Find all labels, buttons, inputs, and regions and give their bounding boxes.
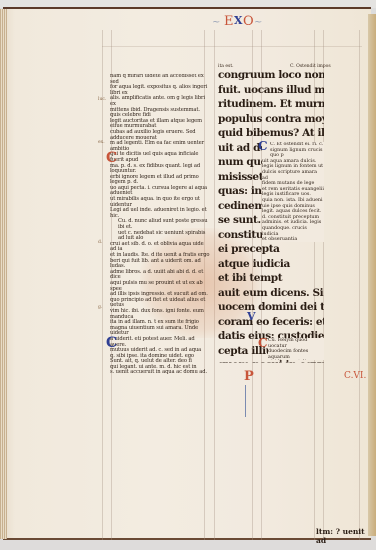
margin-note: luc.	[98, 97, 106, 102]
catchword: ltm: ? uenit ad	[316, 527, 376, 545]
initial-red-c: C	[258, 336, 268, 350]
text-line: et ibi tempt	[218, 271, 324, 286]
text-line: ei precepta	[218, 242, 324, 257]
gloss-line: s. uenit accueruit in aqua ac domu ad.	[110, 370, 210, 374]
margin-note: d.	[98, 240, 102, 245]
page-edge-right	[368, 14, 376, 536]
gloss-line: dulcis scripture amara ad	[262, 170, 324, 181]
margin-note: g.	[98, 305, 102, 310]
text-line: populus contra moysen dicens.	[218, 112, 324, 127]
text-line: atque iudicia	[218, 257, 324, 272]
flourish-dash: ~	[254, 17, 262, 28]
gloss-line: duodecim fontes aquarum	[268, 349, 324, 360]
ruling-line-horizontal	[102, 46, 362, 47]
initial-blue-c: C	[106, 335, 117, 351]
gloss-line: legit. aquas dulces fecit.	[262, 209, 324, 215]
running-head-letter-x: X	[234, 14, 243, 27]
margin-note: ex.	[98, 140, 105, 145]
gloss-line: Cu. Helym quod uocatur	[268, 338, 324, 349]
gloss-line: signum lignum crucis quo p	[262, 148, 324, 159]
initial-blue-v: V	[247, 310, 256, 323]
gloss-line: ma. p. d. s. ex fidibus quant. legi ad l…	[110, 164, 210, 175]
initial-red-c: C	[106, 150, 117, 166]
left-gloss-column: nam q mirari uidete an accedisset ex sed…	[110, 74, 210, 374]
initial-blue-c: C	[258, 139, 268, 153]
running-head-letter-o: O	[243, 14, 254, 29]
running-head: ~ E X O ~	[220, 14, 280, 34]
interlinear-gloss-block: C. Et ostendit ei. ri. c. signum lignum …	[262, 142, 324, 242]
text-line: ritudinem. Et murmurauit	[218, 97, 324, 112]
ruling-line	[359, 30, 360, 540]
text-line: quid bibemus? At ille clama	[218, 126, 324, 141]
initial-red-p: P	[244, 369, 254, 384]
running-head-letter-e: E	[224, 14, 234, 29]
flourish-dash: ~	[212, 17, 220, 28]
text-line: fuit. uocans illud mara. i. ama	[218, 83, 324, 98]
text-line: uocem domini dei tui: et quod rectum est	[218, 300, 324, 315]
gloss-line: et obseruantia	[262, 237, 324, 242]
gloss-line: quia non. ista. Ibi adueni	[262, 198, 324, 204]
ruling-line	[102, 30, 103, 540]
interlinear-gloss-block: Cu. Helym quod uocatur duodecim fontes a…	[268, 338, 324, 360]
page-edge-left	[0, 9, 7, 539]
gloss-line: C. Et ostendit ei. ri. c.	[262, 142, 324, 148]
gloss-line: alis. amplificatis ante. om g legis libr…	[110, 96, 210, 107]
text-line: auit eum dicens. Si audieris	[218, 286, 324, 301]
text-line: congruum loco nomen impo	[218, 68, 324, 83]
gloss-line: Cu. d. nunc aliud sunt poste gressu ibi …	[110, 219, 210, 230]
text-line: coram eo feceris: et obedieris ma	[218, 315, 324, 330]
gloss-line: qui te dicitis uel quis aqua inficiale f…	[110, 152, 210, 163]
gloss-line: quandoque. crucis iudicia	[262, 226, 324, 237]
chapter-number: C.VI.	[344, 371, 366, 381]
initial-p-flourish	[245, 385, 246, 417]
